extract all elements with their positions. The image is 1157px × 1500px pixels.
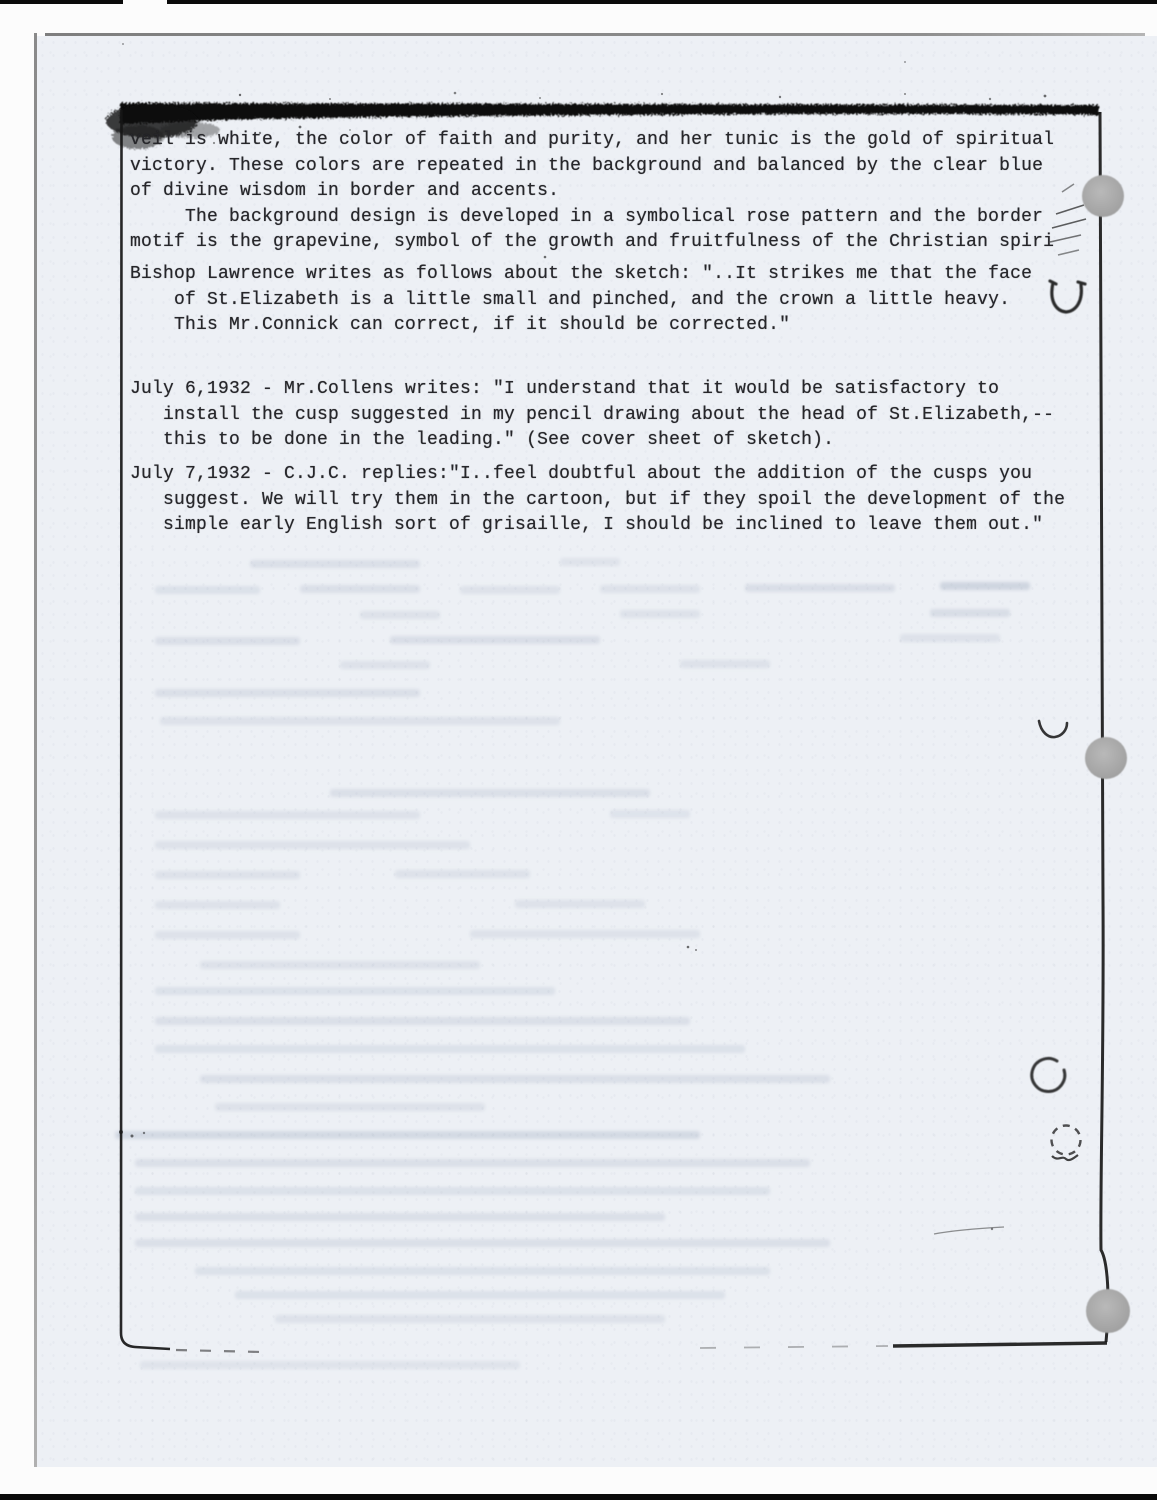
text-line: of St.Elizabeth is a little small and pi… [130,288,1032,314]
scanned-document-page: veil is white, the color of faith and pu… [0,0,1157,1500]
text-line: simple early English sort of grisaille, … [130,513,1065,539]
text-line: This Mr.Connick can correct, if it shoul… [130,313,1032,339]
text-line: suggest. We will try them in the cartoon… [130,488,1065,514]
entry-july-6-1932: July 6,1932 - Mr.Collens writes: "I unde… [130,377,1054,454]
typewritten-text: veil is white, the color of faith and pu… [0,0,1157,1500]
body-paragraph-colors: veil is white, the color of faith and pu… [130,128,1054,256]
text-line: victory. These colors are repeated in th… [130,154,1054,180]
text-line: motif is the grapevine, symbol of the gr… [130,230,1054,256]
text-line: July 7,1932 - C.J.C. replies:"I..feel do… [130,462,1065,488]
text-line: veil is white, the color of faith and pu… [130,128,1054,154]
text-line: The background design is developed in a … [130,205,1054,231]
text-line: install the cusp suggested in my pencil … [130,403,1054,429]
text-line: Bishop Lawrence writes as follows about … [130,262,1032,288]
entry-july-7-1932: July 7,1932 - C.J.C. replies:"I..feel do… [130,462,1065,539]
bishop-lawrence-note: Bishop Lawrence writes as follows about … [130,262,1032,339]
text-line: July 6,1932 - Mr.Collens writes: "I unde… [130,377,1054,403]
text-line: of divine wisdom in border and accents. [130,179,1054,205]
text-line: this to be done in the leading." (See co… [130,428,1054,454]
